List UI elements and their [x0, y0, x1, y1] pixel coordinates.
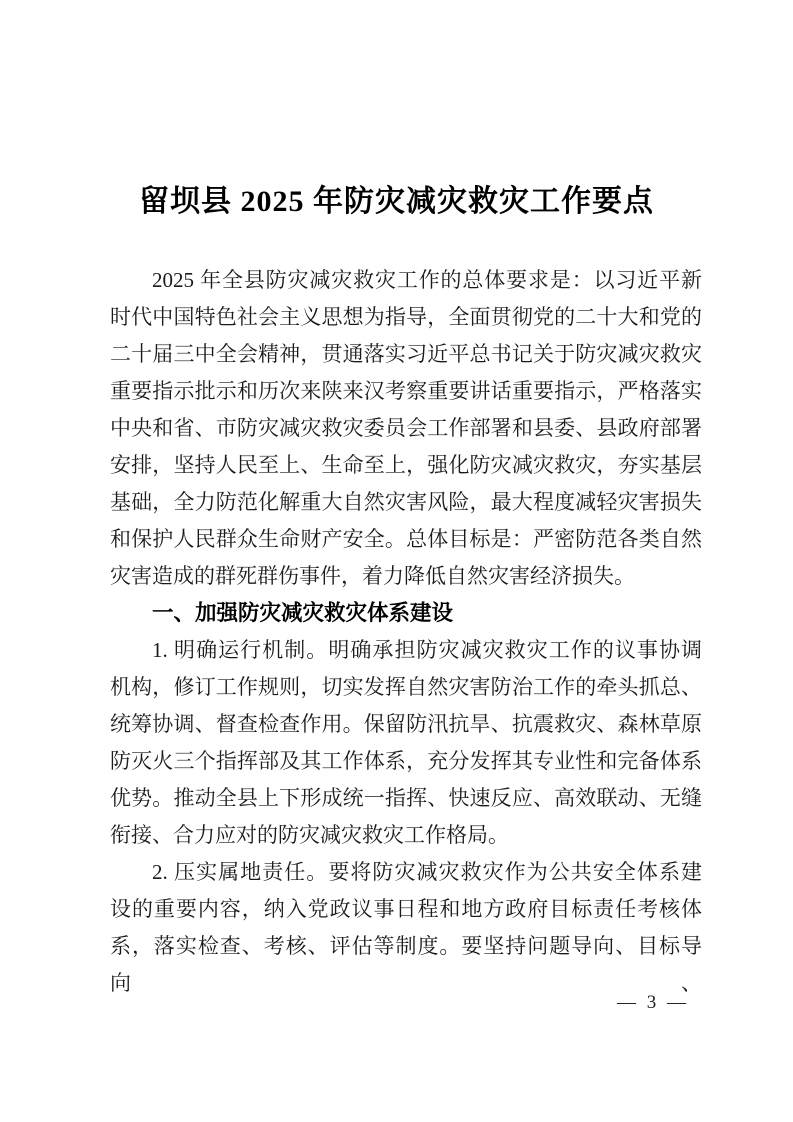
body-line: 安排，坚持人民至上、生命至上，强化防灾减灾救灾，夯实基层: [110, 447, 702, 484]
body-line: 防灭火三个指挥部及其工作体系，充分发挥其专业性和完备体系: [110, 743, 702, 780]
body-line: 2025 年全县防灾减灾救灾工作的总体要求是：以习近平新: [110, 262, 702, 299]
body-line: 设的重要内容，纳入党政议事日程和地方政府目标责任考核体: [110, 891, 702, 928]
document-body: 2025 年全县防灾减灾救灾工作的总体要求是：以习近平新 时代中国特色社会主义思…: [110, 262, 702, 965]
document-page: 留坝县 2025 年防灾减灾救灾工作要点 2025 年全县防灾减灾救灾工作的总体…: [0, 0, 793, 1122]
body-line: 二十届三中全会精神，贯通落实习近平总书记关于防灾减灾救灾: [110, 336, 702, 373]
body-line: 和保护人民群众生命财产安全。总体目标是：严密防范各类自然: [110, 521, 702, 558]
body-line: 2. 压实属地责任。要将防灾减灾救灾作为公共安全体系建: [110, 854, 702, 891]
body-line: 基础，全力防范化解重大自然灾害风险，最大程度减轻灾害损失: [110, 484, 702, 521]
body-line: 优势。推动全县上下形成统一指挥、快速反应、高效联动、无缝: [110, 780, 702, 817]
section-heading: 一、加强防灾减灾救灾体系建设: [110, 595, 702, 632]
body-line: 统筹协调、督查检查作用。保留防汛抗旱、抗震救灾、森林草原: [110, 706, 702, 743]
document-title: 留坝县 2025 年防灾减灾救灾工作要点: [0, 176, 793, 220]
body-line: 系，落实检查、考核、评估等制度。要坚持问题导向、目标导向、: [110, 928, 702, 965]
body-line: 衔接、合力应对的防灾减灾救灾工作格局。: [110, 817, 702, 854]
body-line: 1. 明确运行机制。明确承担防灾减灾救灾工作的议事协调: [110, 632, 702, 669]
page-number: — 3 —: [617, 992, 689, 1014]
body-line: 重要指示批示和历次来陕来汉考察重要讲话重要指示，严格落实: [110, 373, 702, 410]
body-line: 中央和省、市防灾减灾救灾委员会工作部署和县委、县政府部署: [110, 410, 702, 447]
body-line: 灾害造成的群死群伤事件，着力降低自然灾害经济损失。: [110, 558, 702, 595]
body-line: 时代中国特色社会主义思想为指导，全面贯彻党的二十大和党的: [110, 299, 702, 336]
body-line: 机构，修订工作规则，切实发挥自然灾害防治工作的牵头抓总、: [110, 669, 702, 706]
